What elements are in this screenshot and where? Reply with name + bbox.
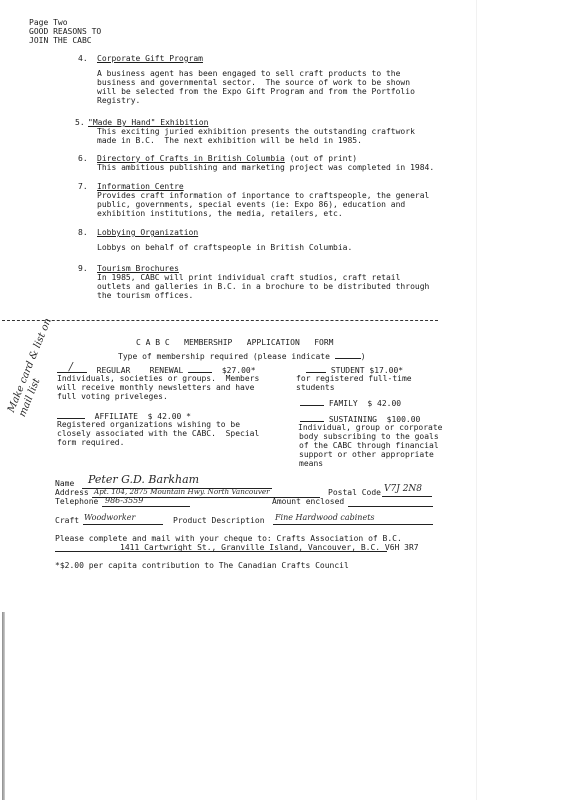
craft-value: Woodworker bbox=[84, 513, 135, 523]
page-edge-left bbox=[2, 612, 5, 800]
renewal-checkbox-blank[interactable] bbox=[188, 365, 212, 373]
reason-4-line: will be selected from the Expo Gift Prog… bbox=[97, 87, 415, 97]
family-checkbox-blank[interactable] bbox=[300, 398, 324, 406]
product-description-field[interactable]: Fine Hardwood cabinets bbox=[273, 515, 433, 525]
postal-code-value: V7J 2N8 bbox=[384, 485, 422, 495]
affiliate-desc-line: form required. bbox=[57, 438, 124, 448]
reason-8-title: Lobbying Organization bbox=[97, 228, 198, 238]
product-description-value: Fine Hardwood cabinets bbox=[275, 513, 375, 523]
form-title: C A B C MEMBERSHIP APPLICATION FORM bbox=[136, 338, 333, 348]
affiliate-checkbox-blank[interactable] bbox=[57, 411, 85, 419]
craft-label: Craft bbox=[55, 516, 79, 526]
family-price: $ 42.00 bbox=[367, 399, 401, 408]
membership-type-blank[interactable] bbox=[335, 351, 361, 359]
reason-9-number: 9. bbox=[78, 264, 88, 274]
reason-7-number: 7. bbox=[78, 182, 88, 192]
mail-underline bbox=[55, 551, 387, 552]
craft-field[interactable]: Woodworker bbox=[83, 515, 163, 525]
reason-6-line: This ambitious publishing and marketing … bbox=[97, 163, 434, 173]
form-instruction-row: Type of membership required (please indi… bbox=[118, 351, 366, 362]
footnote: *$2.00 per capita contribution to The Ca… bbox=[55, 561, 349, 571]
sustaining-checkbox-blank[interactable] bbox=[300, 414, 324, 422]
form-instruction: Type of membership required (please indi… bbox=[118, 352, 330, 361]
check-mark-icon: / bbox=[69, 362, 73, 372]
reason-7-line: exhibition institutions, the media, reta… bbox=[97, 209, 343, 219]
telephone-value: 986-3559 bbox=[105, 496, 143, 506]
reason-8-number: 8. bbox=[78, 228, 88, 238]
product-description-label: Product Description bbox=[173, 516, 265, 526]
reason-6-number: 6. bbox=[78, 154, 88, 164]
amount-enclosed-field[interactable] bbox=[348, 497, 433, 507]
regular-desc-line: full voting priveleges. bbox=[57, 392, 168, 402]
reason-5-number: 5. bbox=[75, 118, 85, 128]
name-value: Peter G.D. Barkham bbox=[88, 475, 199, 485]
page-edge-right bbox=[476, 0, 477, 800]
reason-5-line: made in B.C. The next exhibition will be… bbox=[97, 136, 362, 146]
student-desc-line: students bbox=[296, 383, 335, 393]
reason-9-line: the tourism offices. bbox=[97, 291, 193, 301]
handwritten-margin-note: Make card & list on mail list bbox=[6, 308, 69, 419]
postal-code-field[interactable]: V7J 2N8 bbox=[382, 486, 432, 497]
reason-4-number: 4. bbox=[78, 54, 88, 64]
regular-checkbox-blank[interactable]: / bbox=[57, 365, 87, 373]
family-label: FAMILY bbox=[329, 399, 358, 408]
telephone-label: Telephone bbox=[55, 497, 98, 507]
reason-4-title: Corporate Gift Program bbox=[97, 54, 203, 64]
reason-4-line: Registry. bbox=[97, 96, 140, 106]
reason-8-line: Lobbys on behalf of craftspeople in Brit… bbox=[97, 243, 352, 253]
amount-enclosed-label: Amount enclosed bbox=[272, 497, 344, 507]
reason-6-title: Directory of Crafts in British Columbia bbox=[97, 154, 285, 163]
heading-line-2: JOIN THE CABC bbox=[29, 36, 92, 46]
student-checkbox-blank[interactable] bbox=[306, 365, 326, 373]
sustaining-desc-line: means bbox=[299, 459, 323, 469]
telephone-field[interactable]: 986-3559 bbox=[102, 497, 190, 507]
form-instruction-end: ) bbox=[361, 352, 366, 361]
family-row: FAMILY $ 42.00 bbox=[300, 398, 401, 409]
reason-6-title-suffix: (out of print) bbox=[285, 154, 357, 163]
